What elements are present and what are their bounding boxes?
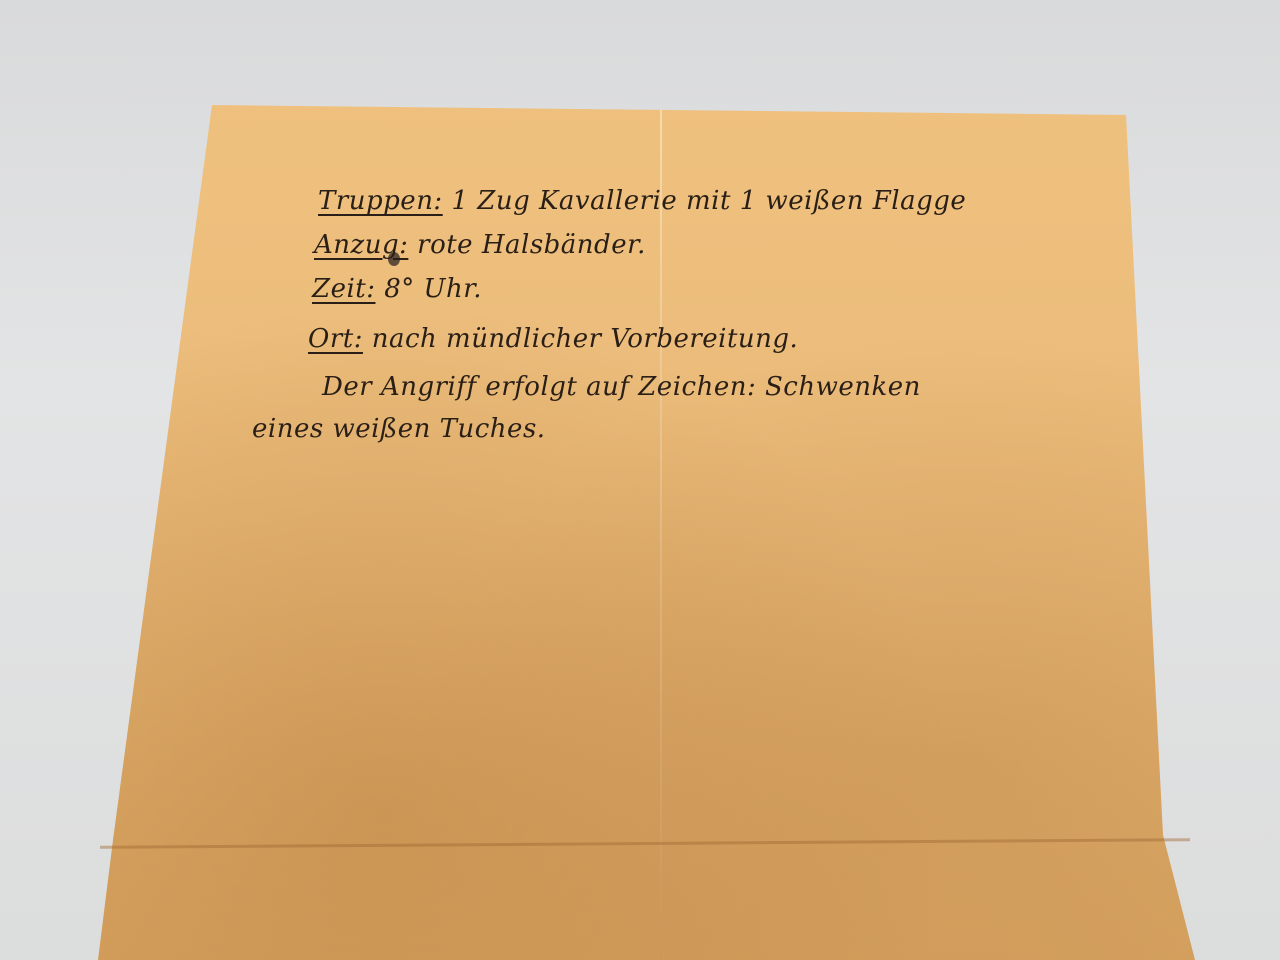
line-label: Zeit: <box>312 274 375 304</box>
line-text: 1 Zug Kavallerie mit 1 weißen Flagge <box>451 186 966 216</box>
line-attack-signal: Der Angriff erfolgt auf Zeichen: Schwenk… <box>322 372 921 402</box>
line-label: Truppen: <box>318 186 443 216</box>
line-label: Anzug: <box>314 230 408 260</box>
line-text: nach mündlicher Vorbereitung. <box>372 324 799 354</box>
line-troops: Truppen: 1 Zug Kavallerie mit 1 weißen F… <box>318 186 966 216</box>
line-dress: Anzug: rote Halsbänder. <box>314 230 646 260</box>
line-text: eines weißen Tuches. <box>252 414 546 444</box>
line-text: 8° Uhr. <box>384 274 482 304</box>
photo-scene: Truppen: 1 Zug Kavallerie mit 1 weißen F… <box>0 0 1280 960</box>
line-label: Ort: <box>308 324 363 354</box>
paper-sheet <box>0 0 1280 960</box>
vertical-fold-crease <box>660 110 662 960</box>
line-place: Ort: nach mündlicher Vorbereitung. <box>308 324 798 354</box>
line-text: rote Halsbänder. <box>417 230 646 260</box>
line-time: Zeit: 8° Uhr. <box>312 274 482 304</box>
line-attack-signal-cont: eines weißen Tuches. <box>252 414 546 444</box>
line-text: Der Angriff erfolgt auf Zeichen: Schwenk… <box>322 372 921 402</box>
